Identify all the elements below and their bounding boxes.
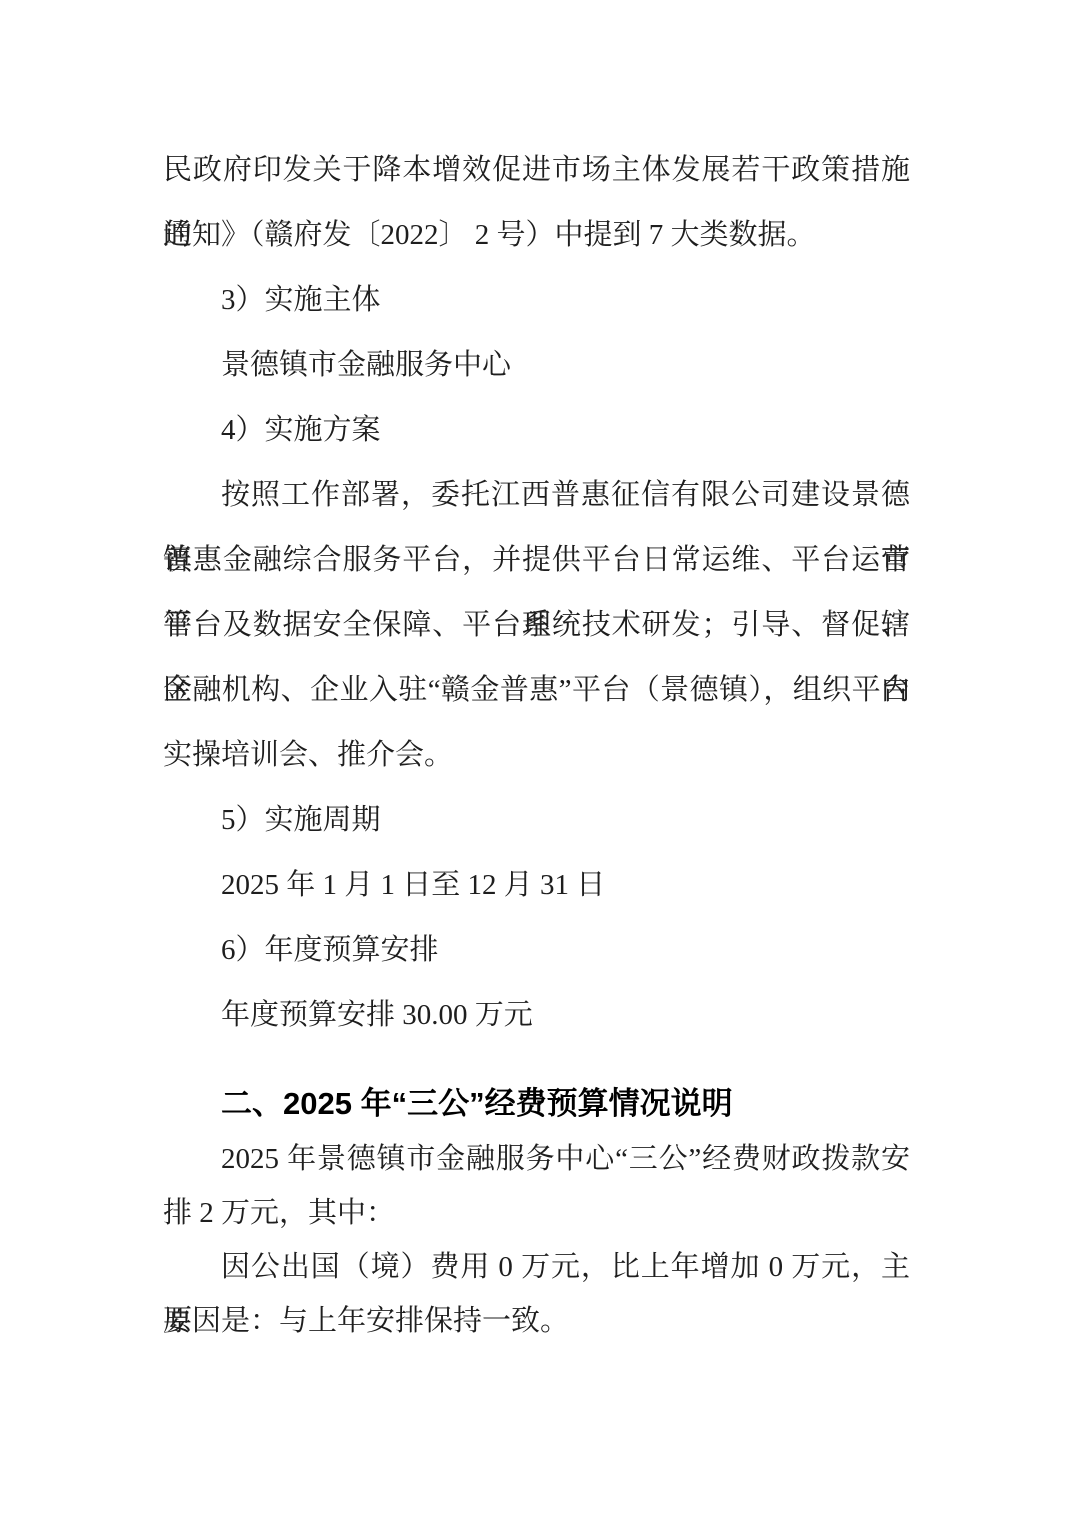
text-line: 通知》（赣府发〔2022〕 2 号）中提到 7 大类数据。 — [163, 203, 910, 268]
text-line: 因公出国（境）费用 0 万元，比上年增加 0 万元，主要 — [163, 1240, 910, 1294]
text-line: 2025 年 1 月 1 日至 12 月 31 日 — [163, 853, 910, 918]
text-line: 排 2 万元，其中： — [163, 1186, 910, 1240]
text-line: 年度预算安排 30.00 万元 — [163, 983, 910, 1048]
list-item-6-annual-budget: 6）年度预算安排 — [163, 918, 910, 983]
list-item-5-implementation-period: 5）实施周期 — [163, 788, 910, 853]
text-line: 普惠金融综合服务平台，并提供平台日常运维、平台运营管理、 — [163, 528, 910, 593]
text-line: 金融机构、企业入驻“赣金普惠”平台（景德镇），组织平台 — [163, 658, 910, 723]
text-line: 2025 年景德镇市金融服务中心“三公”经费财政拨款安 — [163, 1132, 910, 1186]
text-line: 平台及数据安全保障、平台系统技术研发；引导、督促辖区内 — [163, 593, 910, 658]
list-item-4-implementation-plan: 4）实施方案 — [163, 398, 910, 463]
text-line: 实操培训会、推介会。 — [163, 723, 910, 788]
document-body: 民政府印发关于降本增效促进市场主体发展若干政策措施的 通知》（赣府发〔2022〕… — [163, 138, 910, 1348]
list-item-3-implementing-body: 3）实施主体 — [163, 268, 910, 333]
text-line: 按照工作部署，委托江西普惠征信有限公司建设景德镇市 — [163, 463, 910, 528]
text-line: 原因是：与上年安排保持一致。 — [163, 1294, 910, 1348]
text-line: 景德镇市金融服务中心 — [163, 333, 910, 398]
document-page: 民政府印发关于降本增效促进市场主体发展若干政策措施的 通知》（赣府发〔2022〕… — [0, 0, 1074, 1520]
text-line: 民政府印发关于降本增效促进市场主体发展若干政策措施的 — [163, 138, 910, 203]
section-heading: 二、2025 年“三公”经费预算情况说明 — [163, 1076, 910, 1132]
